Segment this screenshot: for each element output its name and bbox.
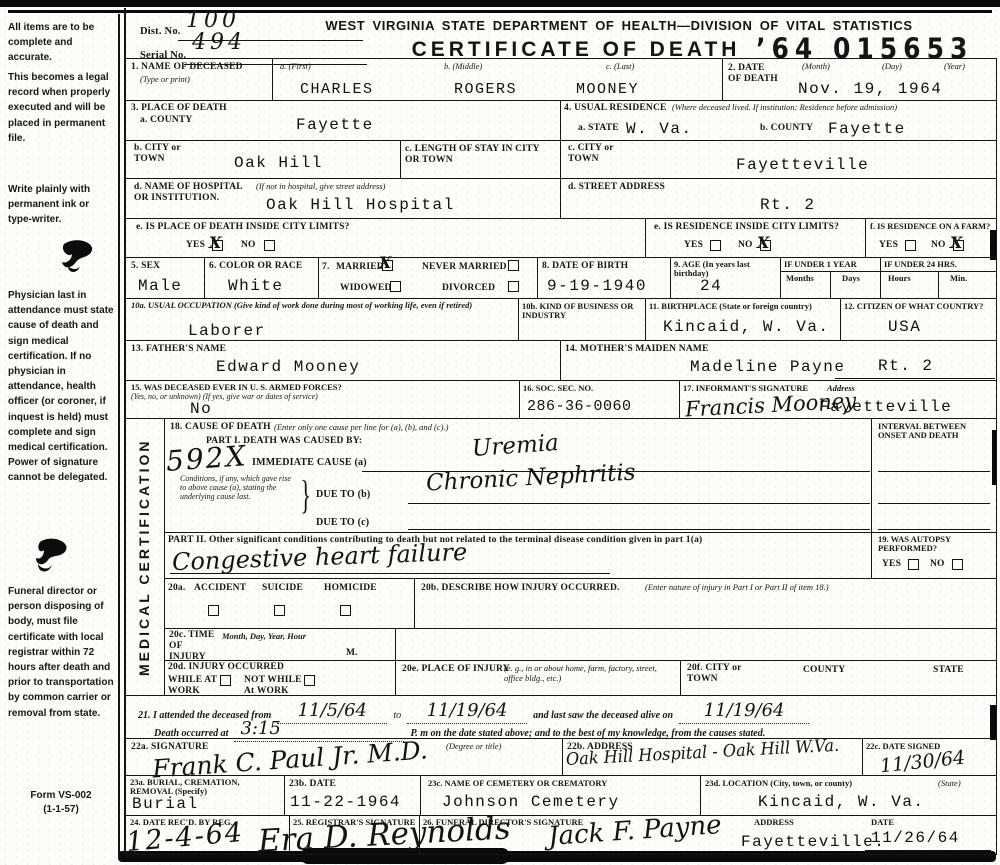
department-title: WEST VIRGINIA STATE DEPARTMENT OF HEALTH… bbox=[254, 18, 984, 33]
date-of-death-value: Nov. 19, 1964 bbox=[798, 81, 942, 97]
fd-address-value: Fayetteville. bbox=[741, 834, 885, 850]
field-23b-date: 23b. DATE 11-22-1964 bbox=[284, 775, 421, 816]
birthplace-label: 11. BIRTHPLACE (State or foreign country… bbox=[645, 299, 840, 311]
res-state-value: W. Va. bbox=[626, 121, 693, 137]
cemetery-label: 23c. NAME OF CEMETERY OR CREMATORY bbox=[420, 776, 700, 788]
cemetery-state-label: (State) bbox=[938, 779, 961, 789]
res-city-limits-label: e. IS RESIDENCE INSIDE CITY LIMITS? bbox=[646, 219, 865, 233]
attended-from-entry: 11/5/64 bbox=[277, 704, 387, 724]
widowed-checkbox bbox=[390, 281, 401, 292]
burial-date-label: 23b. DATE bbox=[284, 776, 420, 790]
day-label: (Day) bbox=[882, 62, 902, 72]
field-e-pod-city-limits: e. IS PLACE OF DEATH INSIDE CITY LIMITS?… bbox=[124, 218, 646, 258]
field-18-cause-of-death: 18. CAUSE OF DEATH (Enter only one cause… bbox=[164, 418, 997, 533]
divorced-checkbox bbox=[508, 281, 519, 292]
business-label: 10b. KIND OF BUSINESS OR INDUSTRY bbox=[518, 299, 645, 321]
under24-divider bbox=[938, 271, 939, 298]
married-mark: X bbox=[379, 253, 391, 272]
last-name-value: MOONEY bbox=[576, 82, 639, 97]
pod-limits-yes-checkbox: X bbox=[212, 240, 223, 251]
injury-state-label: STATE bbox=[933, 665, 964, 676]
time-of-injury-label: 20c. TIME OF INJURY bbox=[164, 629, 216, 663]
married-label: MARRIED bbox=[336, 262, 384, 273]
field-9-age: 9. AGE (In years last birthday) 24 bbox=[670, 257, 781, 299]
margin-note-funeral-director: Funeral director or person disposing of … bbox=[8, 584, 114, 721]
death-time-value: 3:15 bbox=[234, 718, 280, 739]
field-23c-cemetery: 23c. NAME OF CEMETERY OR CREMATORY Johns… bbox=[420, 775, 701, 816]
injury-city-label: 20f. CITY or TOWN bbox=[681, 661, 751, 685]
describe-injury-label: 20b. DESCRIBE HOW INJURY OCCURRED. bbox=[421, 583, 620, 594]
autopsy-column: 19. WAS AUTOPSY PERFORMED? YES NO bbox=[871, 533, 996, 579]
immediate-cause-label: IMMEDIATE CAUSE (a) bbox=[252, 457, 367, 469]
interval-column: INTERVAL BETWEEN ONSET AND DEATH bbox=[871, 419, 996, 533]
middle-name-value: ROGERS bbox=[454, 82, 517, 97]
field-1b-middle-name: b. (Middle) ROGERS bbox=[440, 58, 559, 101]
instruction-margin: All items are to be complete and accurat… bbox=[2, 14, 120, 858]
burial-date-value: 11-22-1964 bbox=[290, 794, 401, 810]
dob-label: 8. DATE OF BIRTH bbox=[537, 258, 670, 272]
pod-city-value: Oak Hill bbox=[234, 155, 323, 171]
armed-forces-value: No bbox=[190, 401, 212, 417]
res-city-label: c. CITY or TOWN bbox=[560, 141, 630, 165]
type-or-print-note: (Type or print) bbox=[126, 73, 272, 85]
field-21-attendance: 21. I attended the deceased from 11/5/64… bbox=[124, 695, 997, 739]
never-married-label: NEVER MARRIED bbox=[422, 262, 507, 273]
field-20e-place-of-injury: 20e. PLACE OF INJURY (e. g., in or about… bbox=[395, 660, 681, 696]
place-of-injury-label: 20e. PLACE OF INJURY bbox=[402, 664, 510, 675]
farm-no-checkbox: X bbox=[953, 240, 964, 251]
field-10b-business: 10b. KIND OF BUSINESS OR INDUSTRY bbox=[518, 298, 646, 341]
citizen-label: 12. CITIZEN OF WHAT COUNTRY? bbox=[840, 299, 996, 311]
under-1-year-label: IF UNDER 1 YEAR bbox=[780, 258, 880, 269]
pod-limits-yes-label: YES bbox=[186, 240, 205, 251]
autopsy-yes-checkbox bbox=[908, 559, 919, 570]
sex-value: Male bbox=[138, 278, 182, 294]
hospital-label: d. NAME OF HOSPITAL OR INSTITUTION. bbox=[126, 179, 246, 204]
res-limits-no-mark: X bbox=[757, 233, 769, 252]
margin-note-legal-record: This becomes a legal record when properl… bbox=[8, 70, 114, 146]
due-to-c-label: DUE TO (c) bbox=[316, 517, 369, 529]
scan-edge-top bbox=[0, 0, 1000, 7]
race-value: White bbox=[228, 278, 284, 294]
field-1a-first-name: a. (First) CHARLES bbox=[272, 58, 441, 101]
field-22a-signature: 22a. SIGNATURE (Degree or title) Frank C… bbox=[124, 738, 563, 776]
ink-blot-icon bbox=[54, 236, 98, 276]
res-state-label: a. STATE bbox=[578, 123, 619, 134]
field-23d-location: 23d. LOCATION (City, town, or county) (S… bbox=[700, 775, 997, 816]
margin-note-physician: Physician last in attendance must state … bbox=[8, 288, 114, 485]
field-20a-number: 20a. bbox=[168, 583, 185, 594]
ssn-value: 286-36-0060 bbox=[527, 399, 632, 414]
conditions-brace: } bbox=[300, 471, 311, 518]
immediate-cause-value: Uremia bbox=[471, 432, 559, 461]
due-to-b-value: Chronic Nephritis bbox=[426, 462, 637, 496]
age-label: 9. AGE (In years last birthday) bbox=[670, 258, 780, 279]
informant-address-line1: Rt. 2 bbox=[878, 358, 934, 374]
field-15-armed-forces: 15. WAS DECEASED EVER IN U. S. ARMED FOR… bbox=[124, 380, 520, 419]
degree-or-title-note: (Degree or title) bbox=[446, 742, 501, 752]
cause-code-handwritten: 592X bbox=[165, 442, 248, 476]
field-4ab-residence: 4. USUAL RESIDENCE (Where deceased lived… bbox=[560, 100, 997, 141]
due-to-b-label: DUE TO (b) bbox=[316, 489, 370, 501]
place-of-injury-note: (e. g., in or about home, farm, factory,… bbox=[504, 664, 674, 684]
ink-blot-icon bbox=[28, 532, 74, 576]
interval-label: INTERVAL BETWEEN ONSET AND DEATH bbox=[872, 419, 996, 441]
serial-number-value: 494 bbox=[192, 30, 246, 55]
under1-rule bbox=[780, 271, 880, 272]
field-11-birthplace: 11. BIRTHPLACE (State or foreign country… bbox=[645, 298, 841, 341]
widowed-label: WIDOWED bbox=[340, 283, 392, 294]
length-of-stay-label: c. LENGTH OF STAY IN CITY OR TOWN bbox=[401, 141, 560, 166]
autopsy-no-checkbox bbox=[952, 559, 963, 570]
attended-from-value: 11/5/64 bbox=[298, 700, 367, 721]
occupation-value: Laborer bbox=[188, 323, 266, 339]
date-of-death-label: 2. DATE OF DEATH bbox=[728, 63, 780, 85]
medical-certification-label: MEDICAL CERTIFICATION bbox=[136, 429, 152, 685]
field-5-sex: 5. SEX Male bbox=[124, 257, 205, 299]
never-married-checkbox bbox=[508, 260, 519, 271]
field-3d-hospital: d. NAME OF HOSPITAL OR INSTITUTION. (If … bbox=[124, 178, 561, 219]
pod-limits-yes-mark: X bbox=[209, 233, 221, 252]
accident-label: ACCIDENT bbox=[194, 583, 246, 594]
homicide-label: HOMICIDE bbox=[324, 583, 377, 594]
res-limits-yes-checkbox bbox=[710, 240, 721, 251]
form-revision: (1-1-57) bbox=[16, 802, 106, 817]
cause-of-death-label: 18. CAUSE OF DEATH bbox=[170, 422, 271, 433]
cemetery-value: Johnson Cemetery bbox=[442, 794, 620, 810]
cemetery-location-value: Kincaid, W. Va. bbox=[758, 794, 925, 810]
field-20c-time-of-injury: 20c. TIME OF INJURY Month, Day, Year, Ho… bbox=[164, 628, 997, 661]
month-label: (Month) bbox=[802, 62, 830, 72]
mother-value: Madeline Payne bbox=[690, 359, 845, 375]
attendance-text-2: and last saw the deceased alive on bbox=[533, 710, 673, 722]
homicide-checkbox bbox=[340, 605, 351, 616]
time-of-injury-note: Month, Day, Year, Hour bbox=[222, 632, 306, 642]
mother-label: 14. MOTHER'S MAIDEN NAME bbox=[560, 341, 996, 355]
cemetery-location-label: 23d. LOCATION (City, town, or county) bbox=[705, 779, 852, 788]
field-10a-occupation: 10a. USUAL OCCUPATION (Give kind of work… bbox=[124, 298, 519, 341]
field-22b-address: 22b. ADDRESS Oak Hill Hospital - Oak Hil… bbox=[562, 738, 863, 776]
field-4c-res-city: c. CITY or TOWN Fayetteville bbox=[560, 140, 997, 179]
alive-on-value: 11/19/64 bbox=[704, 700, 785, 721]
cause-of-death-note: (Enter only one cause per line for (a), … bbox=[274, 423, 448, 433]
occupation-label: 10a. USUAL OCCUPATION (Give kind of work… bbox=[126, 299, 518, 311]
farm-label: f. IS RESIDENCE ON A FARM? bbox=[865, 219, 996, 231]
not-while-at-work-checkbox bbox=[304, 675, 315, 686]
form-header: Dist. No. 100 Serial No. 494 WEST VIRGIN… bbox=[124, 8, 997, 58]
pod-limits-no-checkbox bbox=[264, 240, 275, 251]
res-county-label: b. COUNTY bbox=[760, 123, 813, 134]
district-number-label: Dist. No. bbox=[140, 26, 181, 38]
divorced-label: DIVORCED bbox=[442, 283, 495, 294]
armed-forces-label: 15. WAS DECEASED EVER IN U. S. ARMED FOR… bbox=[126, 381, 519, 392]
field-9-under-24-hrs: IF UNDER 24 HRS. Hours Min. bbox=[880, 257, 997, 299]
fd-date-label: DATE bbox=[871, 818, 894, 827]
farm-no-label: NO bbox=[931, 240, 946, 251]
farm-no-mark: X bbox=[950, 233, 962, 252]
under24-rule bbox=[880, 271, 996, 272]
pod-city-limits-label: e. IS PLACE OF DEATH INSIDE CITY LIMITS? bbox=[126, 219, 645, 233]
res-city-value: Fayetteville bbox=[736, 157, 869, 173]
alive-on-entry: 11/19/64 bbox=[679, 704, 809, 724]
field-16-ssn: 16. SOC. SEC. NO. 286-36-0060 bbox=[519, 380, 680, 419]
field-9-under-1-year: IF UNDER 1 YEAR Months Days bbox=[780, 257, 881, 299]
farm-yes-label: YES bbox=[879, 240, 898, 251]
injury-occurred-label: 20d. INJURY OCCURRED bbox=[164, 661, 395, 673]
suicide-checkbox bbox=[274, 605, 285, 616]
field-3b-city: b. CITY or TOWN Oak Hill bbox=[124, 140, 401, 179]
field-2-date-of-death: 2. DATE OF DEATH (Month) (Day) (Year) No… bbox=[722, 58, 997, 101]
field-20f-location: 20f. CITY or TOWN COUNTY STATE bbox=[680, 660, 997, 696]
pod-limits-no-label: NO bbox=[241, 240, 256, 251]
name-of-deceased-label: 1. NAME OF DECEASED bbox=[126, 59, 272, 73]
suicide-label: SUICIDE bbox=[262, 583, 303, 594]
street-label: d. STREET ADDRESS bbox=[560, 179, 996, 193]
race-label: 6. COLOR OR RACE bbox=[204, 258, 318, 272]
min-label: Min. bbox=[950, 274, 967, 283]
field-23a-burial: 23a. BURIAL, CREMATION, REMOVAL (Specify… bbox=[124, 775, 285, 816]
usual-residence-label: 4. USUAL RESIDENCE bbox=[564, 103, 667, 114]
death-certificate-document: All items are to be complete and accurat… bbox=[0, 0, 1000, 865]
field-3c-length-of-stay: c. LENGTH OF STAY IN CITY OR TOWN bbox=[400, 140, 561, 179]
date-signed-value: 11/30/64 bbox=[879, 749, 966, 777]
field-6-race: 6. COLOR OR RACE White bbox=[204, 257, 319, 299]
field-22c-date-signed: 22c. DATE SIGNED 11/30/64 bbox=[862, 738, 997, 776]
under1-divider bbox=[830, 271, 831, 298]
fd-address-label: ADDRESS bbox=[754, 818, 794, 827]
medical-certification-strip: MEDICAL CERTIFICATION bbox=[124, 418, 165, 696]
pod-city-label: b. CITY or TOWN bbox=[126, 141, 196, 165]
informant-address-line2: Fayetteville bbox=[819, 399, 952, 415]
fd-date-value: 11/26/64 bbox=[871, 830, 960, 846]
field-7-marital-status: 7. MARRIED X NEVER MARRIED WIDOWED DIVOR… bbox=[318, 257, 538, 299]
father-label: 13. FATHER'S NAME bbox=[126, 341, 560, 355]
field-12-citizen: 12. CITIZEN OF WHAT COUNTRY? USA bbox=[840, 298, 997, 341]
last-name-label: c. (Last) bbox=[606, 62, 634, 72]
injury-county-label: COUNTY bbox=[803, 665, 845, 676]
while-at-label: WHILE AT bbox=[168, 675, 217, 686]
field-e-res-city-limits: e. IS RESIDENCE INSIDE CITY LIMITS? YES … bbox=[645, 218, 866, 258]
margin-note-accuracy: All items are to be complete and accurat… bbox=[8, 20, 114, 66]
year-label: (Year) bbox=[944, 62, 965, 72]
autopsy-label: 19. WAS AUTOPSY PERFORMED? bbox=[872, 533, 996, 554]
field-17-informant: 17. INFORMANT'S SIGNATURE Address Franci… bbox=[679, 380, 997, 419]
attendance-to-word: to bbox=[393, 710, 401, 722]
days-label: Days bbox=[842, 274, 860, 283]
accident-checkbox bbox=[208, 605, 219, 616]
armed-forces-note: (Yes, no, or unknown) (If yes, give war … bbox=[126, 392, 519, 401]
field-3a-county: 3. PLACE OF DEATH a. COUNTY Fayette bbox=[124, 100, 561, 141]
hospital-note: (If not in hospital, give street address… bbox=[256, 182, 385, 192]
sex-label: 5. SEX bbox=[126, 258, 204, 272]
married-checkbox: X bbox=[382, 260, 393, 271]
res-limits-no-checkbox: X bbox=[760, 240, 771, 251]
birthplace-value: Kincaid, W. Va. bbox=[663, 319, 830, 335]
form-code: Form VS-002 bbox=[16, 788, 106, 803]
age-value: 24 bbox=[700, 278, 722, 294]
field-f-farm: f. IS RESIDENCE ON A FARM? YES NO X bbox=[865, 218, 997, 258]
res-limits-yes-label: YES bbox=[684, 240, 703, 251]
street-value: Rt. 2 bbox=[760, 197, 816, 213]
m-label: M. bbox=[346, 648, 358, 659]
conditions-note: Conditions, if any, which gave rise to a… bbox=[180, 474, 296, 502]
first-name-label: a. (First) bbox=[280, 62, 311, 72]
middle-name-label: b. (Middle) bbox=[444, 62, 482, 72]
hospital-value: Oak Hill Hospital bbox=[266, 197, 455, 213]
pod-county-value: Fayette bbox=[296, 117, 374, 133]
place-of-death-label: 3. PLACE OF DEATH bbox=[126, 101, 560, 114]
field-20b-describe: 20b. DESCRIBE HOW INJURY OCCURRED. (Ente… bbox=[414, 578, 997, 629]
ssn-label: 16. SOC. SEC. NO. bbox=[519, 381, 679, 393]
attended-to-entry: 11/19/64 bbox=[407, 704, 527, 724]
describe-injury-note: (Enter nature of injury in Part I or Par… bbox=[645, 583, 829, 593]
field-13-father: 13. FATHER'S NAME Edward Mooney bbox=[124, 340, 561, 381]
father-value: Edward Mooney bbox=[216, 359, 360, 375]
burial-value: Burial bbox=[132, 796, 199, 812]
while-at-work-checkbox bbox=[220, 675, 231, 686]
hours-label: Hours bbox=[888, 274, 911, 283]
field-1c-last-name: c. (Last) MOONEY bbox=[558, 58, 723, 101]
field-1-name-label-cell: 1. NAME OF DECEASED (Type or print) bbox=[124, 58, 273, 101]
marital-number-label: 7. bbox=[322, 262, 330, 273]
first-name-value: CHARLES bbox=[300, 82, 374, 97]
autopsy-no-label: NO bbox=[930, 559, 945, 570]
field-4d-street: d. STREET ADDRESS Rt. 2 bbox=[560, 178, 997, 219]
margin-note-write-plainly: Write plainly with permanent ink or type… bbox=[8, 182, 114, 228]
dob-value: 9-19-1940 bbox=[547, 278, 647, 294]
attended-to-value: 11/19/64 bbox=[427, 700, 508, 721]
field-20c-divider bbox=[395, 629, 396, 660]
usual-residence-note: (Where deceased lived. If institution: R… bbox=[672, 103, 992, 113]
farm-yes-checkbox bbox=[905, 240, 916, 251]
field-20a-accident: 20a. ACCIDENT SUICIDE HOMICIDE bbox=[164, 578, 415, 629]
field-20d-injury-occurred: 20d. INJURY OCCURRED WHILE AT NOT WHILE … bbox=[164, 660, 396, 696]
not-while-label: NOT WHILE bbox=[244, 675, 302, 686]
under-24-label: IF UNDER 24 HRS. bbox=[880, 258, 996, 269]
autopsy-yes-label: YES bbox=[882, 559, 901, 570]
burial-label: 23a. BURIAL, CREMATION, REMOVAL (Specify… bbox=[126, 776, 284, 797]
field-8-date-of-birth: 8. DATE OF BIRTH 9-19-1940 bbox=[537, 257, 671, 299]
citizen-value: USA bbox=[888, 319, 921, 335]
field-part2: PART II. Other significant conditions co… bbox=[164, 532, 997, 579]
res-limits-no-label: NO bbox=[738, 240, 753, 251]
res-county-value: Fayette bbox=[828, 121, 906, 137]
months-label: Months bbox=[786, 274, 814, 283]
